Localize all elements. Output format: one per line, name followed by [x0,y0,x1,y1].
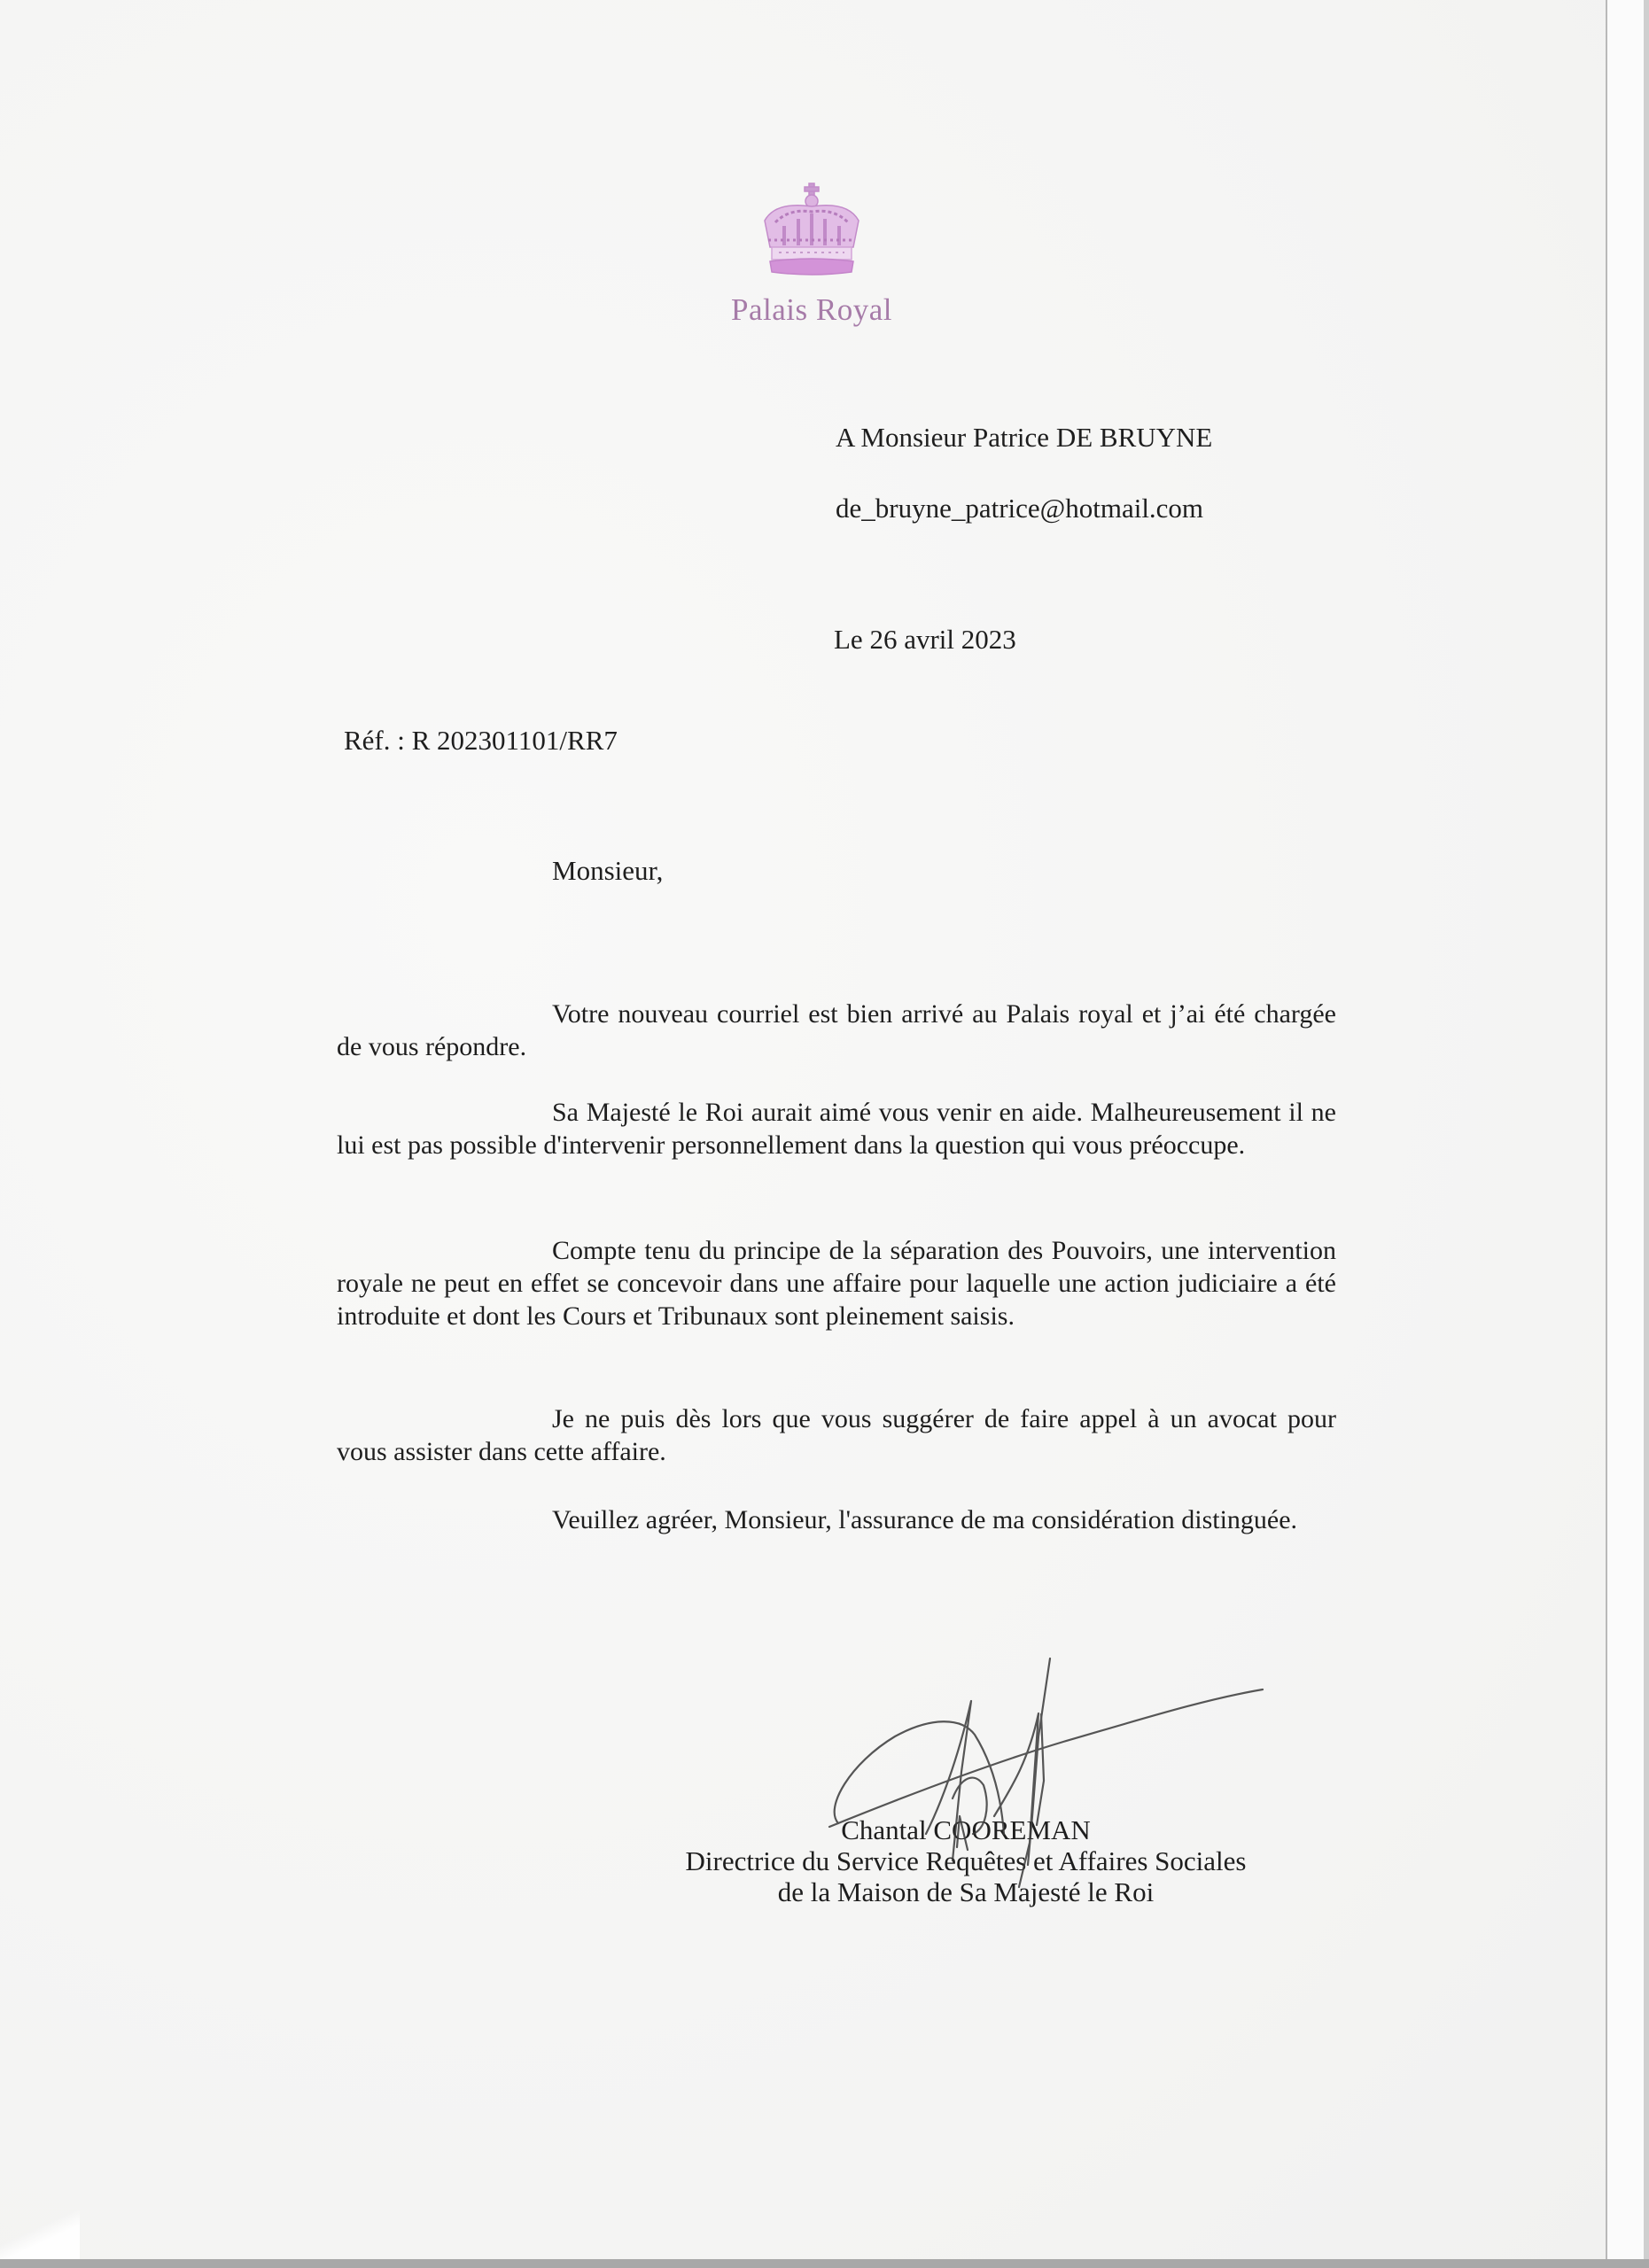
closing-paragraph: Veuillez agréer, Monsieur, l'assurance d… [337,1503,1336,1536]
crown-icon [758,182,866,277]
signatory-department: de la Maison de Sa Majesté le Roi [620,1876,1311,1907]
body-paragraph: Votre nouveau courriel est bien arrivé a… [337,998,1336,1063]
recipient-name: A Monsieur Patrice DE BRUYNE [836,423,1212,451]
brand-name: Palais Royal [0,292,1623,328]
body-paragraph: Je ne puis dès lors que vous suggérer de… [337,1402,1336,1468]
salutation: Monsieur, [552,857,663,884]
signatory-title: Directrice du Service Requêtes et Affair… [620,1845,1311,1876]
body-paragraph: Compte tenu du principe de la séparation… [337,1234,1336,1332]
scanner-background [1607,0,1644,2259]
body-paragraph: Sa Majesté le Roi aurait aimé vous venir… [337,1096,1336,1161]
recipient-email: de_bruyne_patrice@hotmail.com [836,494,1203,522]
reference-number: Réf. : R 202301101/RR7 [344,726,618,754]
page-corner-fold [0,2210,80,2259]
scanner-edge [1644,0,1649,2259]
signatory-name: Chantal COOREMAN [620,1814,1311,1845]
signature-block: Chantal COOREMAN Directrice du Service R… [620,1814,1311,1907]
scanner-bottom-bar [0,2259,1649,2268]
letter-date: Le 26 avril 2023 [834,625,1016,653]
